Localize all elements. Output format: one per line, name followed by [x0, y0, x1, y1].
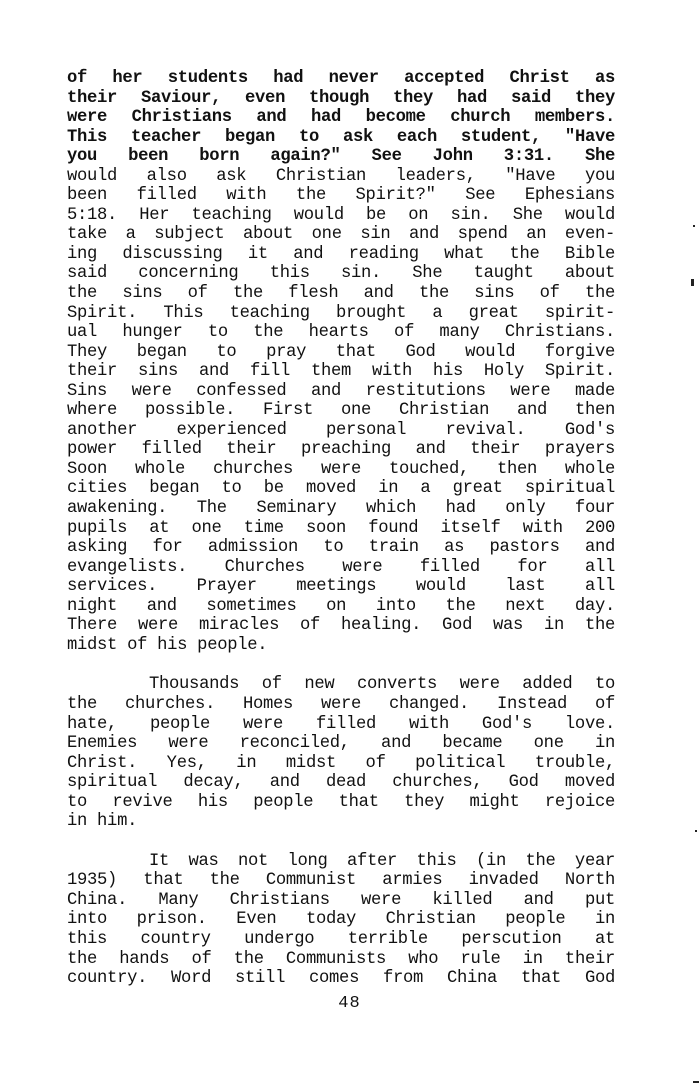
text-line: Enemies were reconciled, and became one …: [67, 734, 615, 754]
page-number: 48: [0, 994, 699, 1013]
text-line: pupils at one time soon found itself wit…: [67, 519, 615, 539]
text-line: been filled with the Spirit?" See Ephesi…: [67, 186, 615, 206]
text-line: It was not long after this (in the year: [67, 852, 615, 872]
text-line: services. Prayer meetings would last all: [67, 577, 615, 597]
text-line: Christ. Yes, in midst of political troub…: [67, 754, 615, 774]
text-line: said concerning this sin. She taught abo…: [67, 264, 615, 284]
text-line: There were miracles of healing. God was …: [67, 616, 615, 636]
text-line: into prison. Even today Christian people…: [67, 910, 615, 930]
text-line: in him.: [67, 812, 615, 832]
text-line: this country undergo terrible perscution…: [67, 930, 615, 950]
text-line: where possible. First one Christian and …: [67, 401, 615, 421]
text-line: midst of his people.: [67, 636, 615, 656]
text-line: hate, people were filled with God's love…: [67, 715, 615, 735]
scan-speck: [695, 830, 697, 832]
text-line: China. Many Christians were killed and p…: [67, 891, 615, 911]
text-line: another experienced personal revival. Go…: [67, 421, 615, 441]
text-line: This teacher began to ask each student, …: [67, 128, 615, 148]
text-line: spiritual decay, and dead churches, God …: [67, 773, 615, 793]
scan-speck: [693, 225, 695, 227]
paragraph-gap: [67, 832, 615, 852]
text-line: Soon whole churches were touched, then w…: [67, 460, 615, 480]
text-line: Spirit. This teaching brought a great sp…: [67, 304, 615, 324]
text-line: 1935) that the Communist armies invaded …: [67, 871, 615, 891]
text-line: the churches. Homes were changed. Instea…: [67, 695, 615, 715]
text-line: were Christians and had become church me…: [67, 108, 615, 128]
paragraph-converts: Thousands of new converts were added tot…: [67, 675, 615, 831]
text-line: to revive his people that they might rej…: [67, 793, 615, 813]
paragraph-gap: [67, 655, 615, 675]
text-line: their Saviour, even though they had said…: [67, 89, 615, 109]
text-line: the hands of the Communists who rule in …: [67, 950, 615, 970]
scan-speck: [691, 279, 694, 286]
text-line: ual hunger to the hearts of many Christi…: [67, 323, 615, 343]
text-line: their sins and fill them with his Holy S…: [67, 362, 615, 382]
text-line: would also ask Christian leaders, "Have …: [67, 167, 615, 187]
text-line: evangelists. Churches were filled for al…: [67, 558, 615, 578]
text-line: you been born again?" See John 3:31. She: [67, 147, 615, 167]
text-line: awakening. The Seminary which had only f…: [67, 499, 615, 519]
text-line: ing discussing it and reading what the B…: [67, 245, 615, 265]
paragraph-communist-invasion: It was not long after this (in the year1…: [67, 852, 615, 989]
text-line: take a subject about one sin and spend a…: [67, 225, 615, 245]
scan-speck: [693, 1081, 699, 1083]
text-line: country. Word still comes from China tha…: [67, 969, 615, 989]
text-line: Thousands of new converts were added to: [67, 675, 615, 695]
text-line: Sins were confessed and restitutions wer…: [67, 382, 615, 402]
paragraph-revival: of her students had never accepted Chris…: [67, 69, 615, 655]
text-line: the sins of the flesh and the sins of th…: [67, 284, 615, 304]
document-page: of her students had never accepted Chris…: [67, 69, 615, 989]
text-line: cities began to be moved in a great spir…: [67, 479, 615, 499]
text-line: of her students had never accepted Chris…: [67, 69, 615, 89]
text-line: 5:18. Her teaching would be on sin. She …: [67, 206, 615, 226]
text-line: night and sometimes on into the next day…: [67, 597, 615, 617]
text-line: power filled their preaching and their p…: [67, 440, 615, 460]
text-line: They began to pray that God would forgiv…: [67, 343, 615, 363]
text-line: asking for admission to train as pastors…: [67, 538, 615, 558]
